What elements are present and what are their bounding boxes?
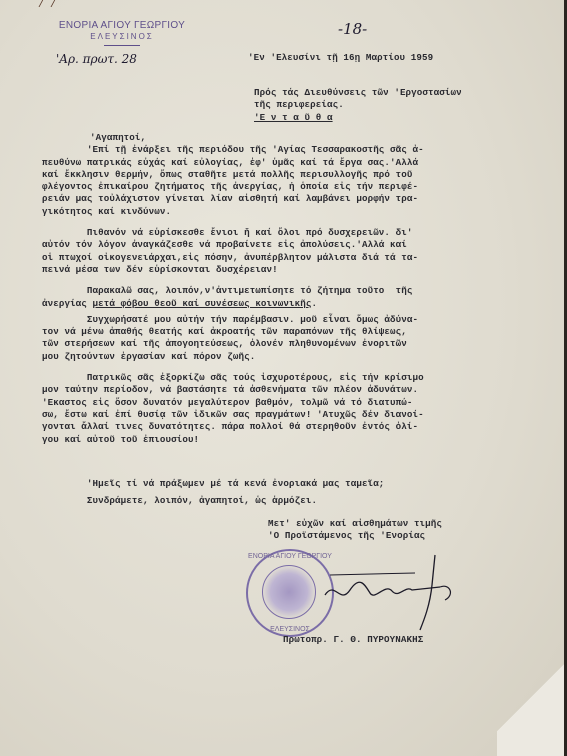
text-line: ρειάν μας τοὐλάχιστον γίνεται λίαν αἰσθη… xyxy=(42,193,424,205)
letterhead-rule xyxy=(104,45,140,46)
text-line: τον νά μένω ἀπαθής θεατής καί ἀκροατής τ… xyxy=(42,326,424,338)
paragraph: 'Επί τῇ ἐνάρξει τῆς περιόδου τῆς 'Αγίας … xyxy=(42,144,424,218)
text-line: Συνδράμετε, λοιπόν, ἀγαπητοί, ὡς ἁρμόζει… xyxy=(42,495,384,507)
date-line: 'Εν 'Ελευσίνι τῇ 16ῃ Μαρτίου 1959 xyxy=(248,52,433,64)
text-line: πευθύνω πατρικάς εὐχάς καί εὐλογίας, ἐφ'… xyxy=(42,157,424,169)
text-line: γικότητος καί κινδύνων. xyxy=(42,206,424,218)
page-corner-fold xyxy=(497,636,564,756)
scanned-letter-page: / / ΕΝΟΡΙΑ ΑΓΙΟΥ ΓΕΩΡΓΙΟΥ ΕΛΕΥΣΙΝΟΣ 'Αρ.… xyxy=(0,0,564,756)
underlined-phrase: μετά φόβου θεοῦ καί συνέσεως κοινωνικῆς xyxy=(93,298,312,309)
text-line: φλέγοντος ἐπικαίρου ζητήματος τῆς ἀνεργί… xyxy=(42,181,424,193)
text-line: 'Επί τῇ ἐνάρξει τῆς περιόδου τῆς 'Αγίας … xyxy=(42,144,424,156)
text-line: γου καί αὐτοῦ τοῦ ἐπιουσίου! xyxy=(42,434,424,446)
addressee-line: τῆς περιφερείας. xyxy=(254,99,462,111)
sign-off-title: 'Ο Προϊστάμενος τῆς 'Ενορίας xyxy=(268,530,442,542)
text-line: αὐτόν τόν λόγον ἀναγκάζεσθε νά προβαίνετ… xyxy=(42,239,424,251)
protocol-number: 'Αρ. πρωτ. 28 xyxy=(56,52,137,66)
text-line-underlined: ἀνεργίας μετά φόβου θεοῦ καί συνέσεως κο… xyxy=(42,298,424,310)
closing-block: 'Ημεῖς τί νά πράξωμεν μέ τά κενά ἐνοριακ… xyxy=(42,478,384,508)
paragraph: Συγχωρήσατέ μου αὐτήν τήν παρέμβασιν. μο… xyxy=(42,314,424,363)
text-line: μον ταύτην περίοδον, νά βαστάσητε τά ἀσθ… xyxy=(42,384,424,396)
saint-icon xyxy=(262,565,316,619)
text-line: σω, ἔστω καί ἐπί θυσίᾳ τῶν ἰδικῶν σας πρ… xyxy=(42,409,424,421)
letterhead-town: ΕΛΕΥΣΙΝΟΣ xyxy=(52,32,192,41)
addressee-block: Πρός τάς Διευθύνσεις τῶν 'Εργοστασίωντῆς… xyxy=(254,87,462,124)
text-line: οἱ πτωχοί οἰκογενειάρχαι,εἰς πόσην, ἀνυπ… xyxy=(42,252,424,264)
text-line: 'Ημεῖς τί νά πράξωμεν μέ τά κενά ἐνοριακ… xyxy=(42,478,384,490)
text-line: Πιθανόν νά εὑρίσκεσθε ἔνιοι ἤ καί ὅλοι π… xyxy=(42,227,424,239)
text-line: Συγχωρήσατέ μου αὐτήν τήν παρέμβασιν. μο… xyxy=(42,314,424,326)
letter-body: 'Αγαπητοί, 'Επί τῇ ἐνάρξει τῆς περιόδου … xyxy=(42,132,424,446)
text-line: Παρακαλῶ σας, λοιπόν,ν'ἀντιμετωπίσητε τό… xyxy=(42,285,424,297)
text-line: τῶν στερήσεων καί τῆς ἀπογοητεύσεως, ὁλο… xyxy=(42,338,424,350)
addressee-line: Πρός τάς Διευθύνσεις τῶν 'Εργοστασίων xyxy=(254,87,462,99)
text-line: Πατρικῶς σᾶς ἐξορκίζω σᾶς τούς ἰσχυροτέρ… xyxy=(42,372,424,384)
handwritten-signature-icon xyxy=(320,545,470,635)
addressee-place: 'Ε ν τ α ῦ θ α xyxy=(254,112,462,124)
paragraph: Πατρικῶς σᾶς ἐξορκίζω σᾶς τούς ἰσχυροτέρ… xyxy=(42,372,424,446)
letterhead-parish: ΕΝΟΡΙΑ ΑΓΙΟΥ ΓΕΩΡΓΙΟΥ xyxy=(52,20,192,31)
paragraph: Παρακαλῶ σας, λοιπόν,ν'ἀντιμετωπίσητε τό… xyxy=(42,285,424,310)
text-line: καί ἔκκλησιν θερμήν, ὅπως σταθῆτε μετά π… xyxy=(42,169,424,181)
letterhead-stamp: ΕΝΟΡΙΑ ΑΓΙΟΥ ΓΕΩΡΓΙΟΥ ΕΛΕΥΣΙΝΟΣ xyxy=(52,20,192,46)
sign-off-line: Μετ' εὐχῶν καί αἰσθημάτων τιμῆς xyxy=(268,518,442,530)
paragraph: Πιθανόν νά εὑρίσκεσθε ἔνιοι ἤ καί ὅλοι π… xyxy=(42,227,424,276)
text-line: γονται ἄλλαί τινες δυνατότητες. πάρα πολ… xyxy=(42,421,424,433)
text-line: πεινά μέσα των δέν εὑρίσκονται δυσχέρεια… xyxy=(42,264,424,276)
text-line: 'Εκαστος εἰς ὅσον δυνατόν μεγαλύτερον βα… xyxy=(42,397,424,409)
margin-pen-mark: / / xyxy=(38,0,56,11)
salutation: 'Αγαπητοί, xyxy=(42,132,424,144)
sign-off-block: Μετ' εὐχῶν καί αἰσθημάτων τιμῆς'Ο Προϊστ… xyxy=(268,518,442,543)
page-number: -18- xyxy=(338,20,367,38)
signer-name: Πρωτοπρ. Γ. Θ. ΠΥΡΟΥΝΑΚΗΣ xyxy=(283,634,423,646)
text-line: μου ζητούντων ἐργασίαν καί πόρον ζωῆς. xyxy=(42,351,424,363)
